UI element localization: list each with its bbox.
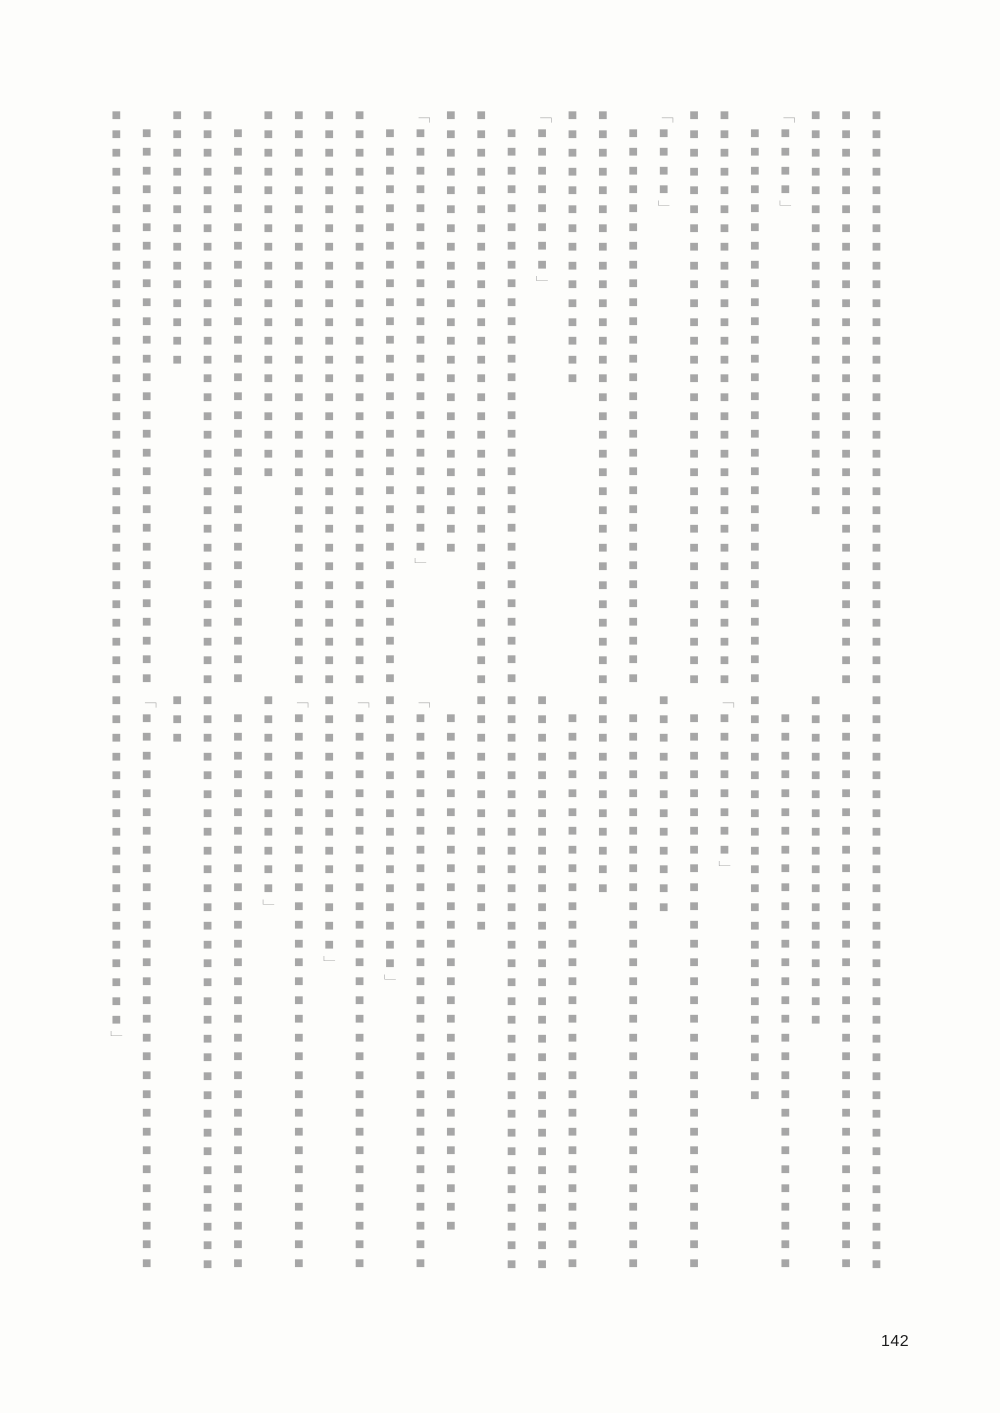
text-line: ■■■■■■■■■■■■■■■■■■■■■■■■■■■■■■ <box>557 692 587 1254</box>
text-line: ■■■■■■■■■■■■■■■■■■■■■■■■■■■■■■ <box>769 692 799 1254</box>
text-line: ■■■■■■■■■■■■■■■■■■■■■■■■■■■■■■ <box>678 692 708 1254</box>
text-line: ■■■ <box>161 692 191 1254</box>
text-line: ■■■■■■■■■■■■■■■」 <box>374 692 404 1254</box>
text-line: ■■■■■■■■■■■ <box>587 692 617 1254</box>
text-line: 「■■■■■■■■」 <box>526 107 556 669</box>
text-line: 「■■■■」 <box>648 107 678 669</box>
text-line: ■■■■■■■■■■■■■■■■■■■■■■ <box>739 692 769 1254</box>
text-line: ■■■■■■■■■■■■■■ <box>161 107 191 669</box>
text-block-top: ■■■■■■■■■■■■■■■■■■■■■■■■■■■■■■■■■■■■■■■■… <box>99 107 891 669</box>
text-line: ■■■■■■■■■■■■■■■■■■■■■■■■■■■■■■■ <box>283 107 313 669</box>
text-line: ■■■■■■■■■■■■■■■■■■■■■■■■■■■■■■ <box>617 692 647 1254</box>
text-line: ■■■■■■■■■■■■■■■■■■■■■■■■■■■■■■■ <box>313 107 343 669</box>
text-line: ■■■■■■■■■■■■■■■■■■■■■■■■■■■■ <box>435 692 465 1254</box>
text-line: ■■■■■■■■■■■■■■■■■■■■■■■■■■■■■■■ <box>465 107 495 669</box>
text-line: ■■■■■■■■■■■■■■■■■■■■■■■■■■■■■■■ <box>192 692 222 1254</box>
text-line: 「■■■■■■■■■■■■■■■■■■■■■■■■■■■■■■ <box>344 692 374 1254</box>
text-line: ■■■■■■■■■■■■■■■■■■■■■■■■■■■■■■ <box>374 107 404 669</box>
text-line: ■■■■■■■■■■■■■■■■■■■■■■■■■■■■■■■ <box>861 107 891 669</box>
text-line: ■■■■■■■■■■■■ <box>648 692 678 1254</box>
text-line: ■■■■■■■■■■■■■■■■■■■■■■■■■■■■■■ <box>496 107 526 669</box>
text-line: ■■■■■■■■■■■■■■■■■■■■■■■■■■■■■■ <box>222 692 252 1254</box>
text-line: 「■■■■■■■■■■■■■■■■■■■■■■■■■■■■■■ <box>131 692 161 1254</box>
text-line: 「■■■■■■■■■■■■■■■■■■■■■■■」 <box>405 107 435 669</box>
text-line: ■■■■■■■■■■■■■■■■■■■■■■■■■■■■■■■ <box>678 107 708 669</box>
text-line: 「■■■■」 <box>769 107 799 669</box>
text-line: ■■■■■■■■■■■■■■■■■■■■■■■■■■■■■■■ <box>344 107 374 669</box>
text-line: ■■■■■■■■■■■■■■■■■■ <box>800 692 830 1254</box>
text-line: 「■■■■■■■■」 <box>709 692 739 1254</box>
text-line: ■■■■■■■■■■■■■■■■■■■■■■■■■■■■■■■ <box>830 107 860 669</box>
text-block-bottom: ■■■■■■■■■■■■■■■■■■■■■■■■■■■■■■■ ■■■■■■■■… <box>99 692 891 1254</box>
text-line: ■■■■■■■■■■■■■■■■■■■■■■■■■■■■■■■ <box>587 107 617 669</box>
text-line: ■■■■■■■■■■■■■■■■■■■■■■■■■■■■■■ <box>739 107 769 669</box>
text-line: ■■■■■■■■■■■■■■■■■■■■■■■■■■■■■■■ <box>709 107 739 669</box>
text-line: ■■■■■■■■■■■■■■■■■■■■■■■■■■■■■■ <box>830 692 860 1254</box>
text-line: ■■■■■■■■■■■■■■■■■■■■■■■■■■■■■■ <box>617 107 647 669</box>
text-line: 「■■■■■■■■■■■■■■■■■■■■■■■■■■■■■■ <box>283 692 313 1254</box>
text-line: ■■■■■■■■■■■■■■■■■■■■■■■■■■■■■■■ <box>496 692 526 1254</box>
text-line: ■■■■■■■■■■■■■■■■■■■■■■■■■■■■■■■ <box>192 107 222 669</box>
text-line: ■■■■■■■■■■■■■■」 <box>313 692 343 1254</box>
text-line: ■■■■■■■■■■■■■■■ <box>557 107 587 669</box>
text-line: ■■■■■■■■■■■■■■■■■■■■■■■■■■■■■■ <box>222 107 252 669</box>
book-page: ■■■■■■■■■■■■■■■■■■■■■■■■■■■■■■■■■■■■■■■■… <box>0 0 1000 1413</box>
text-line: ■■■■■■■■■■■■■■■■■■」 <box>100 692 130 1254</box>
text-line: ■■■■■■■■■■■■■ <box>465 692 495 1254</box>
text-line: ■■■■■■■■■■■■■■■■■■■■■■■■■■■■■■■ <box>100 107 130 669</box>
text-line: ■■■■■■■■■■■■■■■■■■■■■■ <box>800 107 830 669</box>
text-line: ■■■■■■■■■■■■■■■■■■■■■■■■ <box>435 107 465 669</box>
text-line: ■■■■■■■■■■■■■■■■■■■■■■■■■■■■■■ <box>131 107 161 669</box>
text-line: ■■■■■■■■■■■■■■■■■■■■■■■■■■■■■■■ <box>526 692 556 1254</box>
text-line: ■■■■■■■■■■■」 <box>252 692 282 1254</box>
page-number: 142 <box>881 1333 909 1351</box>
text-line: ■■■■■■■■■■■■■■■■■■■■ <box>252 107 282 669</box>
text-line: ■■■■■■■■■■■■■■■■■■■■■■■■■■■■■■■ <box>861 692 891 1254</box>
text-line: 「■■■■■■■■■■■■■■■■■■■■■■■■■■■■■■ <box>405 692 435 1254</box>
